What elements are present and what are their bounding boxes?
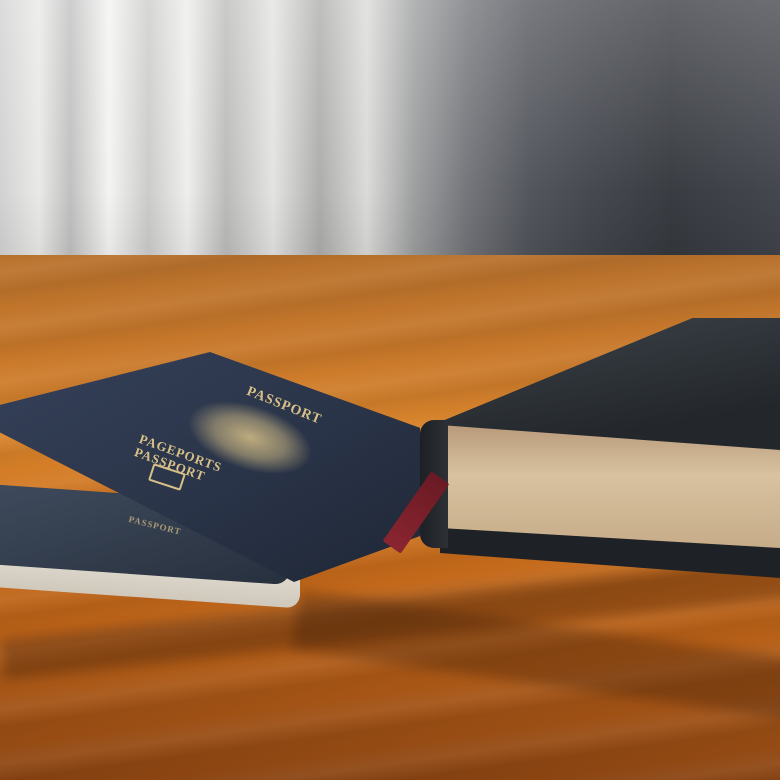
photo-scene: PASSPORT PASSPORT PAGEPORTS PASSPORT A p… (0, 0, 780, 780)
